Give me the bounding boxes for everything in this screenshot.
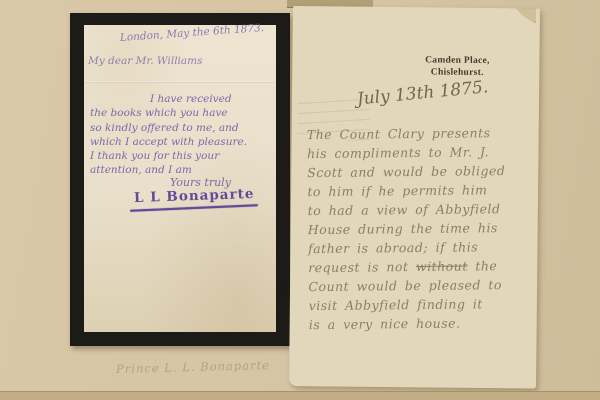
black-mount: London, May the 6th 1873. My dear Mr. Wi… xyxy=(70,13,290,346)
letter-body: I have received the books which you have… xyxy=(90,92,274,178)
letter-line-with-correction: request is not without the xyxy=(308,256,536,277)
letter-line: is a very nice house. xyxy=(309,313,537,334)
bonaparte-letter-paper: London, May the 6th 1873. My dear Mr. Wi… xyxy=(84,25,276,332)
line-text: request is not xyxy=(308,259,416,275)
letter-line: The Count Clary presents xyxy=(307,123,535,144)
letter-line: to him if he permits him xyxy=(307,180,535,201)
pencil-caption: Prince L. L. Bonaparte xyxy=(108,358,278,376)
letter-line: his compliments to Mr. J. xyxy=(307,142,535,163)
crossed-out-word: without xyxy=(416,258,468,274)
letter-line: Count would be pleased to xyxy=(308,275,536,296)
letter-line: so kindly offered to me, and xyxy=(90,121,274,135)
camden-place-letter-paper: Camden Place, Chislehurst. July 13th 187… xyxy=(289,6,540,389)
album-page-photo: London, May the 6th 1873. My dear Mr. Wi… xyxy=(0,0,600,400)
letter-line: Scott and would be obliged xyxy=(307,161,535,182)
letter-line: visit Abbyfield finding it xyxy=(309,294,537,315)
folded-corner xyxy=(510,8,536,23)
letter-line: the books which you have xyxy=(90,106,274,120)
bonaparte-signature: L L Bonaparte xyxy=(134,186,255,206)
letter-line: to had a view of Abbyfield xyxy=(308,199,536,220)
line-text: the xyxy=(468,258,498,273)
letter-line: I thank you for this your xyxy=(90,149,274,163)
letter-line: father is abroad; if this xyxy=(308,237,536,258)
fold-crease xyxy=(84,81,276,83)
letter-line: which I accept with pleasure. xyxy=(90,135,274,149)
letter-salutation: My dear Mr. Williams xyxy=(88,55,203,67)
album-bottom-edge xyxy=(0,391,600,400)
letter-date: London, May the 6th 1873. xyxy=(112,21,272,44)
letter-body: The Count Clary presents his compliments… xyxy=(307,123,537,334)
letter-line: I have received xyxy=(90,92,274,106)
letter-line: House during the time his xyxy=(308,218,536,239)
